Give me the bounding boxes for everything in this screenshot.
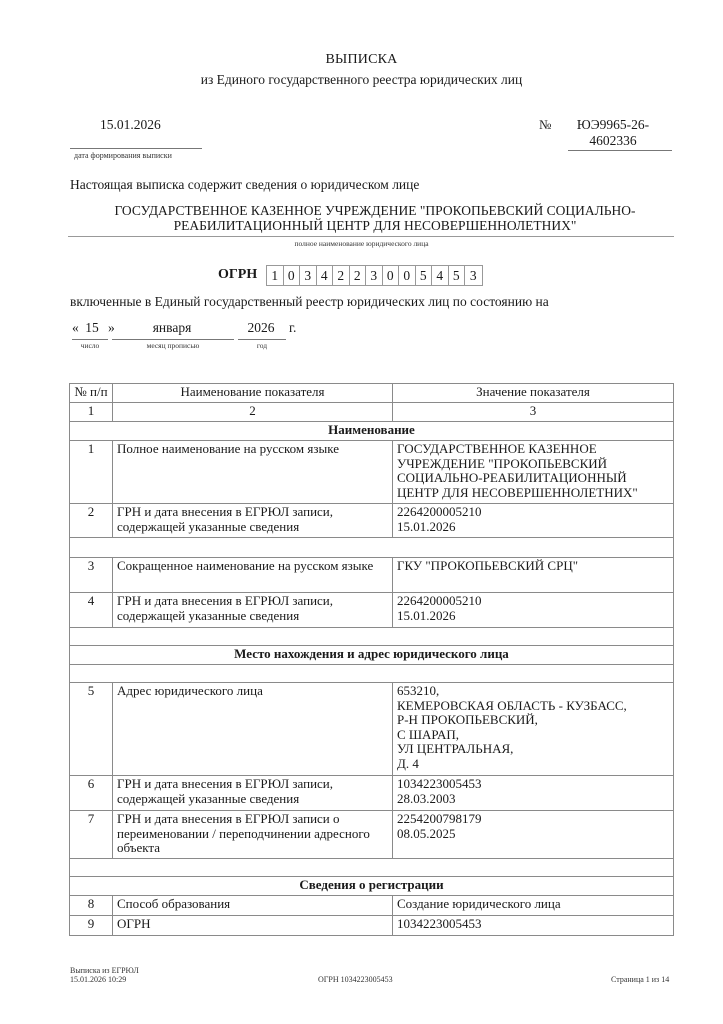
indicator-value: 103422300545328.03.2003 (393, 776, 674, 811)
row-number: 7 (70, 811, 113, 859)
month-underline (112, 339, 234, 340)
indicator-name: ГРН и дата внесения в ЕГРЮЛ записи о пер… (113, 811, 393, 859)
number-underline (568, 150, 672, 151)
spacer-row (70, 538, 674, 558)
indicator-name: Адрес юридического лица (113, 683, 393, 776)
indicator-name: ГРН и дата внесения в ЕГРЮЛ записи, соде… (113, 776, 393, 811)
intro-text: Настоящая выписка содержит сведения о юр… (70, 177, 419, 193)
value-line: 653210, (397, 684, 669, 699)
header-number: № п/п (70, 384, 113, 403)
state-text: включенные в Единый государственный реес… (70, 294, 549, 310)
state-month: января (112, 320, 232, 336)
value-line: ЦЕНТР ДЛЯ НЕСОВЕРШЕННОЛЕТНИХ" (397, 486, 669, 501)
year-suffix: г. (289, 320, 296, 336)
egrul-data-table: № п/п Наименование показателя Значение п… (69, 383, 674, 936)
indicator-value: ГКУ "ПРОКОПЬЕВСКИЙ СРЦ" (393, 558, 674, 593)
header-indicator-name: Наименование показателя (113, 384, 393, 403)
indicator-value: 226420000521015.01.2026 (393, 593, 674, 628)
value-line: Создание юридического лица (397, 897, 669, 912)
value-line: С ШАРАП, (397, 728, 669, 743)
section-title: Место нахождения и адрес юридического ли… (70, 646, 674, 665)
table-row: 9ОГРН1034223005453 (70, 916, 674, 936)
ogrn-digit-box: 0 (399, 266, 416, 285)
table-row: 3Сокращенное наименование на русском язы… (70, 558, 674, 593)
indicator-name: ГРН и дата внесения в ЕГРЮЛ записи, соде… (113, 593, 393, 628)
table-row: 7ГРН и дата внесения в ЕГРЮЛ записи о пе… (70, 811, 674, 859)
footer-doc-name: Выписка из ЕГРЮЛ (70, 966, 139, 975)
indicator-value: Создание юридического лица (393, 896, 674, 916)
day-caption: число (72, 341, 108, 350)
row-number: 5 (70, 683, 113, 776)
value-line: 2254200798179 (397, 812, 669, 827)
year-caption: год (238, 341, 286, 350)
spacer-row (70, 628, 674, 646)
indicator-value: 653210,КЕМЕРОВСКАЯ ОБЛАСТЬ - КУЗБАСС,Р-Н… (393, 683, 674, 776)
spacer-cell (70, 859, 674, 877)
row-number: 3 (70, 558, 113, 593)
row-number: 2 (70, 504, 113, 538)
extract-number: ЮЭ9965-26- 4602336 (570, 117, 656, 149)
value-line: Д. 4 (397, 757, 669, 772)
row-number: 4 (70, 593, 113, 628)
indicator-value: 226420000521015.01.2026 (393, 504, 674, 538)
ogrn-digit-box: 5 (449, 266, 466, 285)
ogrn-digit-box: 0 (284, 266, 301, 285)
day-underline (72, 339, 108, 340)
spacer-cell (70, 628, 674, 646)
value-line: СОЦИАЛЬНО-РЕАБИЛИТАЦИОННЫЙ (397, 471, 669, 486)
indicator-value: 225420079817908.05.2025 (393, 811, 674, 859)
value-line: 2264200005210 (397, 594, 669, 609)
org-name-caption: полное наименование юридического лица (0, 239, 723, 248)
table-row: 5Адрес юридического лица653210,КЕМЕРОВСК… (70, 683, 674, 776)
open-quote: « (72, 320, 79, 336)
extract-date: 15.01.2026 (100, 117, 161, 133)
value-line: УЛ ЦЕНТРАЛЬНАЯ, (397, 742, 669, 757)
value-line: КЕМЕРОВСКАЯ ОБЛАСТЬ - КУЗБАСС, (397, 699, 669, 714)
extract-number-line1: ЮЭ9965-26- (570, 117, 656, 133)
org-full-name: ГОСУДАРСТВЕННОЕ КАЗЕННОЕ УЧРЕЖДЕНИЕ "ПРО… (70, 203, 680, 233)
spacer-row (70, 665, 674, 683)
month-caption: месяц прописью (112, 341, 234, 350)
spacer-cell (70, 665, 674, 683)
row-number: 1 (70, 441, 113, 504)
indicator-value: ГОСУДАРСТВЕННОЕ КАЗЕННОЕУЧРЕЖДЕНИЕ "ПРОК… (393, 441, 674, 504)
value-line: 15.01.2026 (397, 520, 669, 535)
org-name-line1: ГОСУДАРСТВЕННОЕ КАЗЕННОЕ УЧРЕЖДЕНИЕ "ПРО… (70, 203, 680, 218)
column-number-row: 1 2 3 (70, 403, 674, 422)
year-underline (238, 339, 286, 340)
table-row: 8Способ образованияСоздание юридического… (70, 896, 674, 916)
state-year: 2026 (236, 320, 286, 336)
ogrn-digit-box: 4 (317, 266, 334, 285)
value-line: 15.01.2026 (397, 609, 669, 624)
row-number: 8 (70, 896, 113, 916)
footer-page-number: Страница 1 из 14 (611, 975, 669, 984)
table-row: 2ГРН и дата внесения в ЕГРЮЛ записи, сод… (70, 504, 674, 538)
indicator-name: ГРН и дата внесения в ЕГРЮЛ записи, соде… (113, 504, 393, 538)
indicator-name: Полное наименование на русском языке (113, 441, 393, 504)
ogrn-digit-box: 2 (333, 266, 350, 285)
section-title: Сведения о регистрации (70, 877, 674, 896)
section-title: Наименование (70, 422, 674, 441)
document-subtitle: из Единого государственного реестра юрид… (0, 72, 723, 88)
footer-timestamp: 15.01.2026 10:29 (70, 975, 139, 984)
value-line: 08.05.2025 (397, 827, 669, 842)
indicator-name: ОГРН (113, 916, 393, 936)
table-row: 6ГРН и дата внесения в ЕГРЮЛ записи, сод… (70, 776, 674, 811)
document-title: ВЫПИСКА (0, 52, 723, 68)
ogrn-digit-boxes: 1034223005453 (266, 265, 483, 286)
indicator-name: Способ образования (113, 896, 393, 916)
table-row: 1Полное наименование на русском языкеГОС… (70, 441, 674, 504)
table-header-row: № п/п Наименование показателя Значение п… (70, 384, 674, 403)
section-header-row: Сведения о регистрации (70, 877, 674, 896)
value-line: ГОСУДАРСТВЕННОЕ КАЗЕННОЕ (397, 442, 669, 457)
value-line: ГКУ "ПРОКОПЬЕВСКИЙ СРЦ" (397, 559, 669, 574)
indicator-name: Сокращенное наименование на русском язык… (113, 558, 393, 593)
value-line: 28.03.2003 (397, 792, 669, 807)
section-header-row: Наименование (70, 422, 674, 441)
footer-ogrn: ОГРН 1034223005453 (318, 975, 393, 984)
row-number: 6 (70, 776, 113, 811)
ogrn-digit-box: 3 (465, 266, 482, 285)
extract-number-line2: 4602336 (570, 133, 656, 149)
number-sign: № (539, 117, 551, 133)
section-header-row: Место нахождения и адрес юридического ли… (70, 646, 674, 665)
value-line: 2264200005210 (397, 505, 669, 520)
spacer-row (70, 859, 674, 877)
ogrn-label: ОГРН (218, 267, 257, 283)
col-number-3: 3 (393, 403, 674, 422)
footer-left: Выписка из ЕГРЮЛ 15.01.2026 10:29 (70, 966, 139, 984)
row-number: 9 (70, 916, 113, 936)
ogrn-digit-box: 2 (350, 266, 367, 285)
ogrn-digit-box: 3 (300, 266, 317, 285)
date-caption: дата формирования выписки (74, 151, 172, 160)
table-row: 4ГРН и дата внесения в ЕГРЮЛ записи, сод… (70, 593, 674, 628)
ogrn-digit-box: 3 (366, 266, 383, 285)
col-number-2: 2 (113, 403, 393, 422)
state-day: 15 (82, 320, 102, 336)
value-line: 1034223005453 (397, 917, 669, 932)
value-line: 1034223005453 (397, 777, 669, 792)
col-number-1: 1 (70, 403, 113, 422)
ogrn-digit-box: 5 (416, 266, 433, 285)
ogrn-digit-box: 0 (383, 266, 400, 285)
date-underline (70, 148, 202, 149)
spacer-cell (70, 538, 674, 558)
org-name-line2: РЕАБИЛИТАЦИОННЫЙ ЦЕНТР ДЛЯ НЕСОВЕРШЕННОЛ… (70, 218, 680, 233)
ogrn-digit-box: 4 (432, 266, 449, 285)
indicator-value: 1034223005453 (393, 916, 674, 936)
value-line: Р-Н ПРОКОПЬЕВСКИЙ, (397, 713, 669, 728)
header-indicator-value: Значение показателя (393, 384, 674, 403)
ogrn-digit-box: 1 (267, 266, 284, 285)
org-name-underline (68, 236, 674, 237)
value-line: УЧРЕЖДЕНИЕ "ПРОКОПЬЕВСКИЙ (397, 457, 669, 472)
